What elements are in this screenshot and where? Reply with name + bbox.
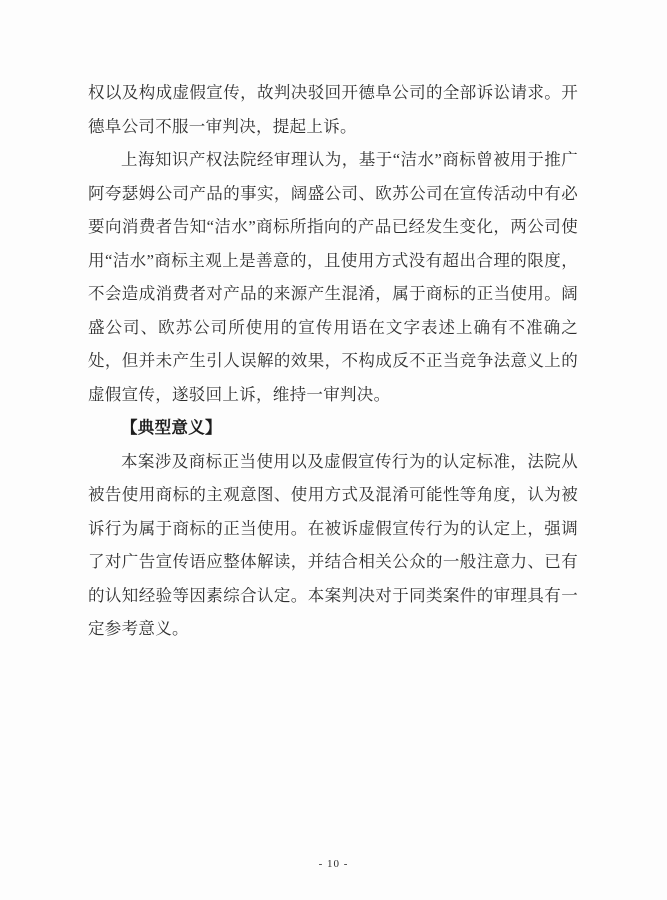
document-page: 权以及构成虚假宣传，故判决驳回开德阜公司的全部诉讼请求。开德阜公司不服一审判决，…: [0, 0, 667, 900]
body-paragraph-continuation: 权以及构成虚假宣传，故判决驳回开德阜公司的全部诉讼请求。开德阜公司不服一审判决，…: [88, 76, 578, 143]
body-paragraph-significance: 本案涉及商标正当使用以及虚假宣传行为的认定标准，法院从被告使用商标的主观意图、使…: [88, 445, 578, 646]
page-number: - 10 -: [0, 858, 667, 870]
body-paragraph-court-findings: 上海知识产权法院经审理认为，基于“洁水”商标曾被用于推广阿夸瑟姆公司产品的事实，…: [88, 143, 578, 411]
document-body: 权以及构成虚假宣传，故判决驳回开德阜公司的全部诉讼请求。开德阜公司不服一审判决，…: [88, 76, 578, 646]
section-heading-typical-significance: 【典型意义】: [88, 411, 578, 445]
